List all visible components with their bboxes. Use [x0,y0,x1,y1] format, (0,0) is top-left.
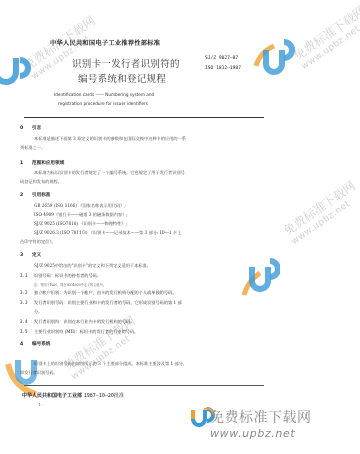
reference-item: SJ/Z 9026.3 (ISO 7811/3) 《识别卡——记录技术——第 3… [34,230,181,236]
watermark-text: 免费标准下载网 www.upbz.net [280,177,360,247]
brand-url: www.upbz.net [210,427,312,440]
watermark-text: 免费标准下载网 www.upbz.net [290,2,360,72]
issuing-org-header: 中华人民共和国电子工业推荐性部标准 [50,38,160,47]
section-1-text: 本标准为标识识别卡的发行者规定了一个编号系统。它也规定了用于发行者识别号 [34,170,185,176]
section-number: 0 [20,126,32,131]
section-title: 引言 [32,126,41,131]
up-logo-icon [0,50,32,90]
up-logo-icon [250,30,298,78]
section-3-heading: 3定义 [20,252,41,258]
definition-text: 发行者识别符：识别在本行业内卡的发行机构的号码。 [34,319,135,324]
definition-item: 3.1识别号码：标识卡的持有者的号码。 [20,273,101,279]
section-4-heading: 4编号系统 [20,341,50,347]
page-number: · 1 · [36,402,44,407]
definition-note: 注：等同于PAN，即在ISO4909中定义的主帐号。 [34,282,106,287]
definition-number: 3.4 [20,319,34,324]
approval-date: 1987—10—20批准 [84,393,124,399]
title-line-1: 识别卡一发行者识别符的 [72,56,180,70]
title-line-2: 编号系统和登记规程 [78,71,166,85]
definition-number: 3.2 [20,290,34,295]
definition-text: 主要行业识别符 (MII)：标识卡的发行者的行业的号码。 [34,329,138,334]
reference-item-cont: 凸印字符的定位》。 [20,239,56,245]
approval-org: 中华人民共和国电子工业部 [22,393,82,399]
section-title: 引用标准 [32,193,50,198]
section-number: 3 [20,253,32,258]
document-page: 免费标准下载网 www.upbz.net 免费标准下载网 www.upbz.ne… [0,0,360,454]
up-logo-icon [240,255,280,299]
section-4-text: 识别卡上的识别号码由如图所示的 3 个主要部分组成。本标准主要涉及第 1 部分， [34,361,187,367]
standard-code-iso: ISO 1812—1987 [205,66,241,71]
section-number: 1 [20,161,32,166]
section-number: 4 [20,342,32,347]
section-number: 2 [20,193,32,198]
definition-number: 3.1 [20,273,34,278]
reference-item: GB 2659 (ISO 3166) 《国家名称表示用代码》; [34,203,126,209]
definitions-intro: SJ/Z 9025中给出的"识别卡"的定义和下列定义适用于本标准。 [34,263,151,269]
standard-code-sj: SJ/Z 9027—87 [205,56,238,61]
section-title: 定义 [32,253,41,258]
definition-text: 识别号码：标识卡的持有者的号码。 [34,273,101,278]
definition-item: 3.4发行者识别符：识别在本行业内卡的发行机构的号码。 [20,319,135,325]
definition-number: 3.3 [20,300,34,305]
definition-item: 3.5主要行业识别符 (MII)：标识卡的发行者的行业的号码。 [20,329,138,335]
footer-divider [24,385,264,386]
definition-item-cont: 分。 [34,309,42,315]
section-1-text-cont: 码登记和发布的规程。 [20,179,62,185]
section-2-heading: 2引用标准 [20,192,50,198]
section-title: 范围和应用领域 [32,161,64,166]
header-divider [24,117,264,118]
approval-line: 中华人民共和国电子工业部 1987—10—20批准 [22,392,124,399]
reference-item: ISO 4909《银行卡——磁道 3 的磁条数据内容》; [34,212,128,218]
definition-number: 3.5 [20,329,34,334]
english-title-line-1: Identification cards —— Numbering system… [54,92,154,97]
section-0-text: 本标准是描述下面第 3 章定义的识别卡的参数和在国际交换中这种卡的应用的一系 [34,136,186,142]
section-0-heading: 0引言 [20,125,41,131]
section-title: 编号系统 [32,342,50,347]
section-0-text-cont: 列标准之一。 [20,145,45,151]
section-1-heading: 1范围和应用领域 [20,160,64,166]
definition-text: 独立帐户识别：为识别一个帐户，由卡的发行机构分配的个人或单独的号码。 [34,290,176,295]
definition-text: 发行者识别号码：识别主要行业和卡的发行者的号码。它形成识别号码的第 1 部 [34,300,182,305]
definition-item: 3.3发行者识别号码：识别主要行业和卡的发行者的号码。它形成识别号码的第 1 部 [20,300,182,306]
brand-watermark: 免费标准下载网 www.upbz.net [210,407,312,440]
reference-item: SJ/Z 9025 (ISO7810) 《识别卡——物理特性》; [34,221,127,227]
brand-cn: 免费标准下载网 [210,407,312,427]
english-title-line-2: registration procedure for issuer identi… [58,101,148,106]
definition-item: 3.2独立帐户识别：为识别一个帐户，由卡的发行机构分配的个人或单独的号码。 [20,290,176,296]
section-4-text-cont: 即发行者识别号码。 [20,370,58,376]
